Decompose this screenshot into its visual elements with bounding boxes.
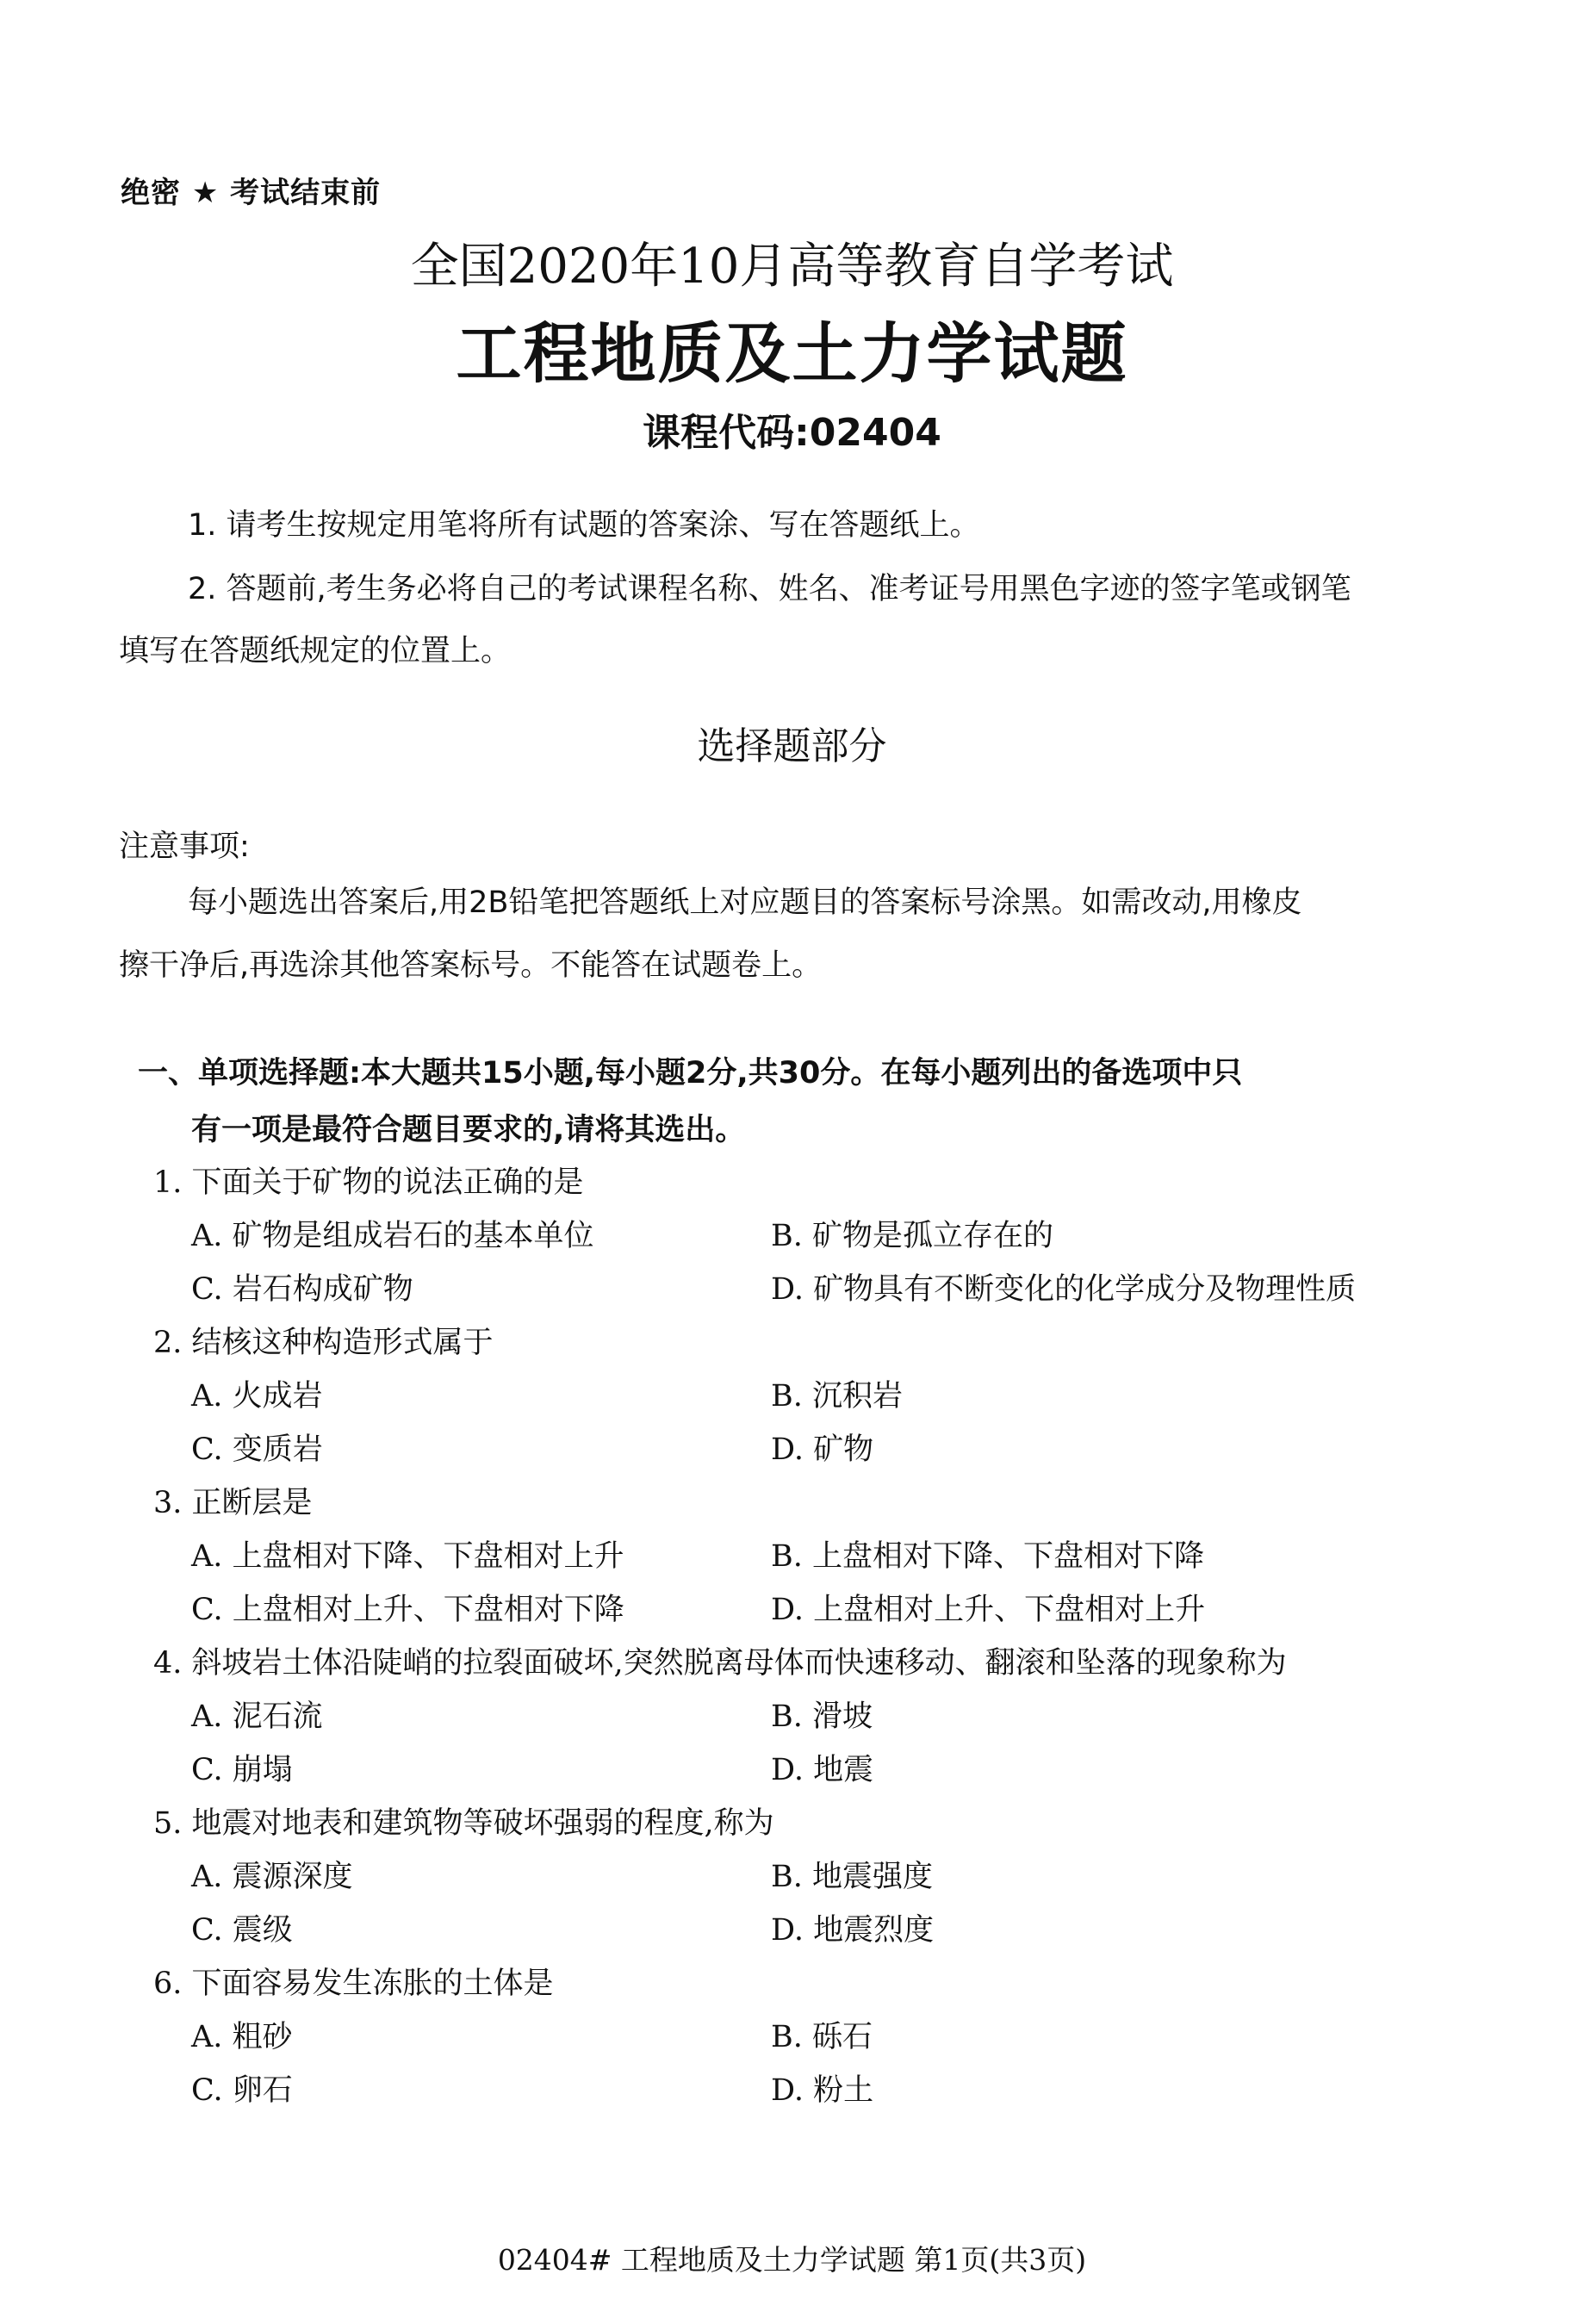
question-1-option-a: A. 矿物是组成岩石的基本单位: [191, 1212, 594, 1255]
question-3-option-d: D. 上盘相对上升、下盘相对上升: [771, 1586, 1205, 1629]
course-code: 课程代码:02404: [0, 401, 1584, 457]
question-4-stem: 4. 斜坡岩土体沿陡峭的拉裂面破坏,突然脱离母体而快速移动、翻滚和坠落的现象称为: [153, 1639, 1287, 1682]
question-2-option-a: A. 火成岩: [191, 1372, 323, 1415]
question-1-stem: 1. 下面关于矿物的说法正确的是: [153, 1159, 584, 1202]
question-3-option-a: A. 上盘相对下降、下盘相对上升: [191, 1532, 624, 1575]
question-4-option-a: A. 泥石流: [191, 1693, 323, 1736]
notice-line-1: 每小题选出答案后,用2B铅笔把答题纸上对应题目的答案标号涂黑。如需改动,用橡皮: [188, 879, 1302, 922]
question-5-stem: 5. 地震对地表和建筑物等破坏强弱的程度,称为: [153, 1799, 774, 1842]
question-4-option-d: D. 地震: [771, 1746, 873, 1789]
section-heading-continued: 有一项是最符合题目要求的,请将其选出。: [191, 1106, 745, 1149]
exam-title: 全国2020年10月高等教育自学考试: [0, 228, 1584, 297]
question-3-option-c: C. 上盘相对上升、下盘相对下降: [191, 1586, 624, 1629]
question-5-option-b: B. 地震强度: [771, 1853, 933, 1896]
question-5-option-d: D. 地震烈度: [771, 1906, 934, 1949]
question-4-option-c: C. 崩塌: [191, 1746, 293, 1789]
page-footer: 02404# 工程地质及土力学试题 第1页(共3页): [0, 2238, 1584, 2278]
question-2-option-c: C. 变质岩: [191, 1426, 323, 1469]
question-2-stem: 2. 结核这种构造形式属于: [153, 1319, 494, 1362]
question-6-option-a: A. 粗砂: [191, 2013, 293, 2056]
section-heading: 一、单项选择题:本大题共15小题,每小题2分,共30分。在每小题列出的备选项中只: [138, 1049, 1242, 1092]
question-1-option-c: C. 岩石构成矿物: [191, 1265, 413, 1308]
question-3-option-b: B. 上盘相对下降、下盘相对下降: [771, 1532, 1204, 1575]
confidential-mark: 绝密 ★ 考试结束前: [121, 169, 381, 211]
instruction-1: 1. 请考生按规定用笔将所有试题的答案涂、写在答题纸上。: [188, 501, 980, 544]
question-2-option-b: B. 沉积岩: [771, 1372, 903, 1415]
question-6-stem: 6. 下面容易发生冻胀的土体是: [153, 1960, 554, 2003]
instruction-2-continued: 填写在答题纸规定的位置上。: [119, 627, 511, 670]
question-4-option-b: B. 滑坡: [771, 1693, 873, 1736]
question-1-option-b: B. 矿物是孤立存在的: [771, 1212, 1053, 1255]
question-6-option-b: B. 砾石: [771, 2013, 873, 2056]
question-5-option-c: C. 震级: [191, 1906, 293, 1949]
question-1-option-d: D. 矿物具有不断变化的化学成分及物理性质: [771, 1265, 1356, 1308]
question-5-option-a: A. 震源深度: [191, 1853, 353, 1896]
part-title: 选择题部分: [0, 715, 1584, 770]
notice-line-2: 擦干净后,再选涂其他答案标号。不能答在试题卷上。: [119, 941, 822, 985]
question-6-option-c: C. 卵石: [191, 2066, 293, 2110]
question-2-option-d: D. 矿物: [771, 1426, 873, 1469]
question-6-option-d: D. 粉土: [771, 2066, 873, 2110]
subject-title: 工程地质及土力学试题: [0, 301, 1584, 395]
notice-heading: 注意事项:: [119, 823, 250, 866]
instruction-2: 2. 答题前,考生务必将自己的考试课程名称、姓名、准考证号用黑色字迹的签字笔或钢…: [188, 565, 1351, 608]
question-3-stem: 3. 正断层是: [153, 1479, 313, 1522]
